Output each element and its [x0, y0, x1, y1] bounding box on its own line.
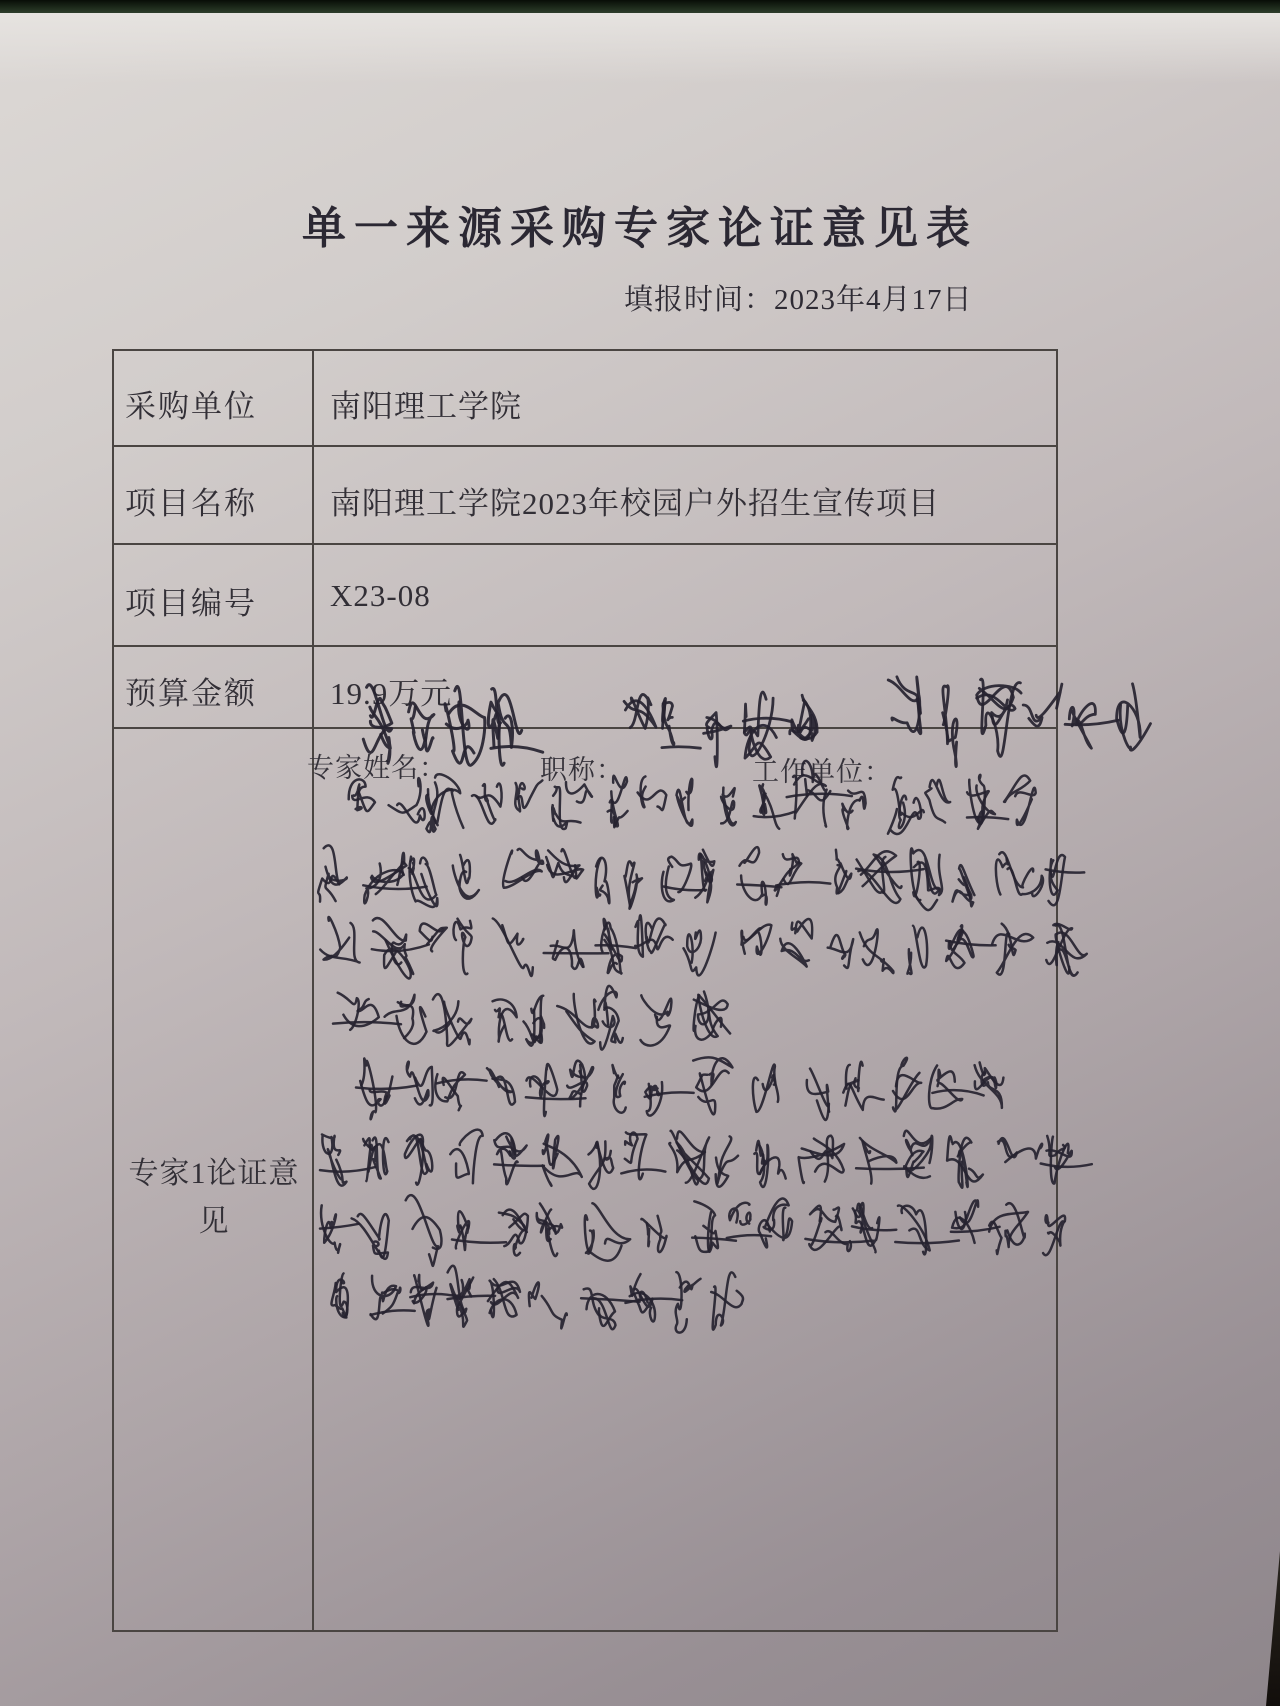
table-surface-top — [0, 0, 1280, 13]
value-budget-amount: 19.9万元 — [330, 668, 452, 713]
table-row-line — [113, 543, 1057, 545]
form-title: 单一来源采购专家论证意见表 — [0, 192, 1280, 256]
form-table-border — [112, 349, 1058, 1632]
expert-name-label: 专家姓名： — [307, 746, 447, 785]
table-row-line — [113, 727, 1057, 729]
value-purchasing-unit: 南阳理工学院 — [330, 381, 522, 426]
fill-date: 填报时间：2023年4月17日 — [624, 277, 973, 318]
row-label-budget-amount: 预算金额 — [125, 668, 257, 713]
table-row-line — [113, 445, 1057, 447]
row-label-project-number: 项目编号 — [125, 578, 257, 623]
job-title-label: 职称： — [540, 748, 624, 787]
row-label-purchasing-unit: 采购单位 — [125, 381, 257, 426]
row-label-project-name: 项目名称 — [125, 478, 257, 523]
row-label-expert1-opinion: 专家1论证意见 — [120, 1150, 308, 1246]
value-project-name: 南阳理工学院2023年校园户外招生宣传项目 — [330, 478, 940, 523]
work-unit-label: 工作单位： — [752, 750, 892, 789]
table-row-line — [113, 645, 1057, 647]
value-project-number: X23-08 — [330, 578, 431, 614]
table-column-line — [312, 350, 314, 1630]
